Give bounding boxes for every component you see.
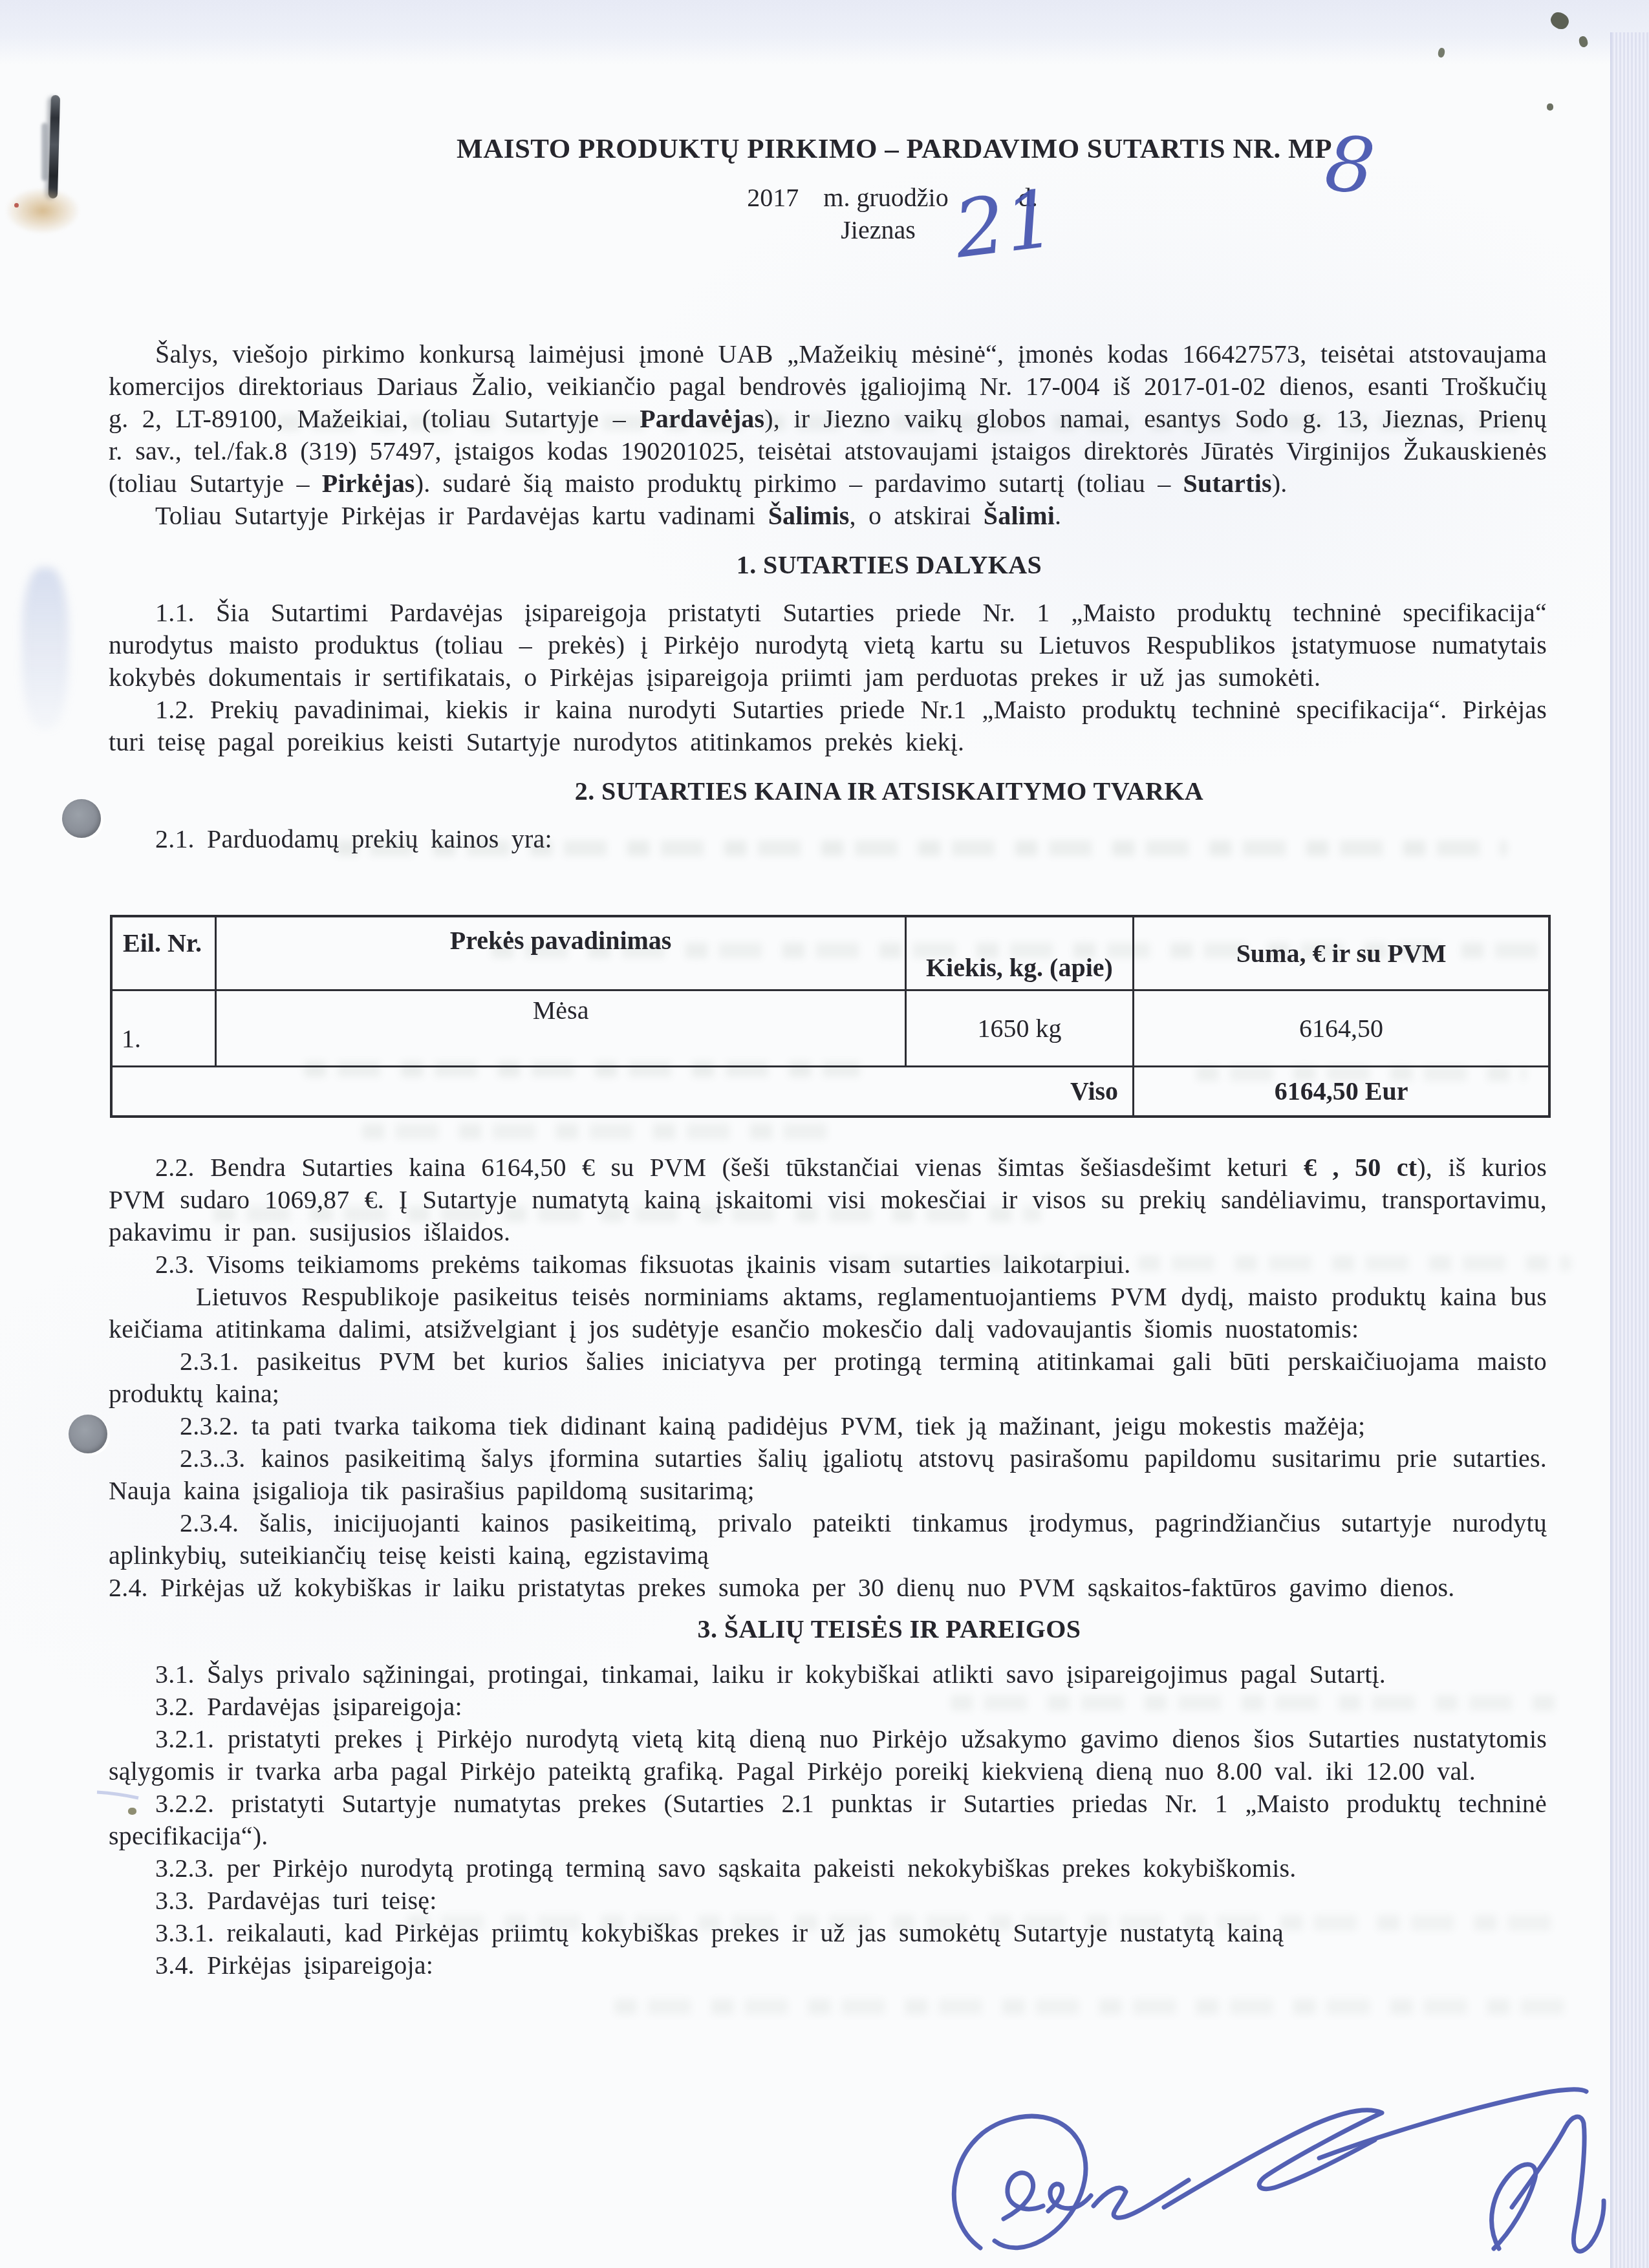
clause-2-1: 2.1. Parduodamų prekių kainos yra: [109, 823, 1547, 855]
clause-3-1: 3.1. Šalys privalo sąžiningai, protingai… [109, 1658, 1547, 1691]
col-header-nr: Eil. Nr. [111, 916, 216, 990]
cell-nr: 1. [111, 990, 216, 1066]
clause-2-3: 2.3. Visoms teikiamoms prekėms taikomas … [109, 1248, 1547, 1281]
clause-2-3-4: 2.3.4. šalis, inicijuojanti kainos pasik… [109, 1507, 1547, 1572]
hole-punch-top [62, 799, 101, 838]
col-header-sum: Suma, € ir su PVM [1134, 916, 1549, 990]
date-day-suffix: d. [1018, 183, 1038, 212]
clause-3-2: 3.2. Pardavėjas įsipareigoja: [109, 1691, 1547, 1723]
scanned-contract-page: MAISTO PRODUKTŲ PIRKIMO – PARDAVIMO SUTA… [0, 0, 1649, 2268]
col-header-name: Prekės pavadinimas [216, 916, 905, 990]
clause-2-4: 2.4. Pirkėjas už kokybiškas ir laiku pri… [109, 1572, 1547, 1604]
cell-sum: 6164,50 [1134, 990, 1549, 1066]
dirt-speck [1547, 103, 1553, 111]
clause-2-3-2: 2.3.2. ta pati tvarka taikoma tiek didin… [109, 1410, 1547, 1442]
blue-smear [22, 568, 69, 729]
place-line: Jieznas [159, 214, 1597, 246]
cell-qty: 1650 kg [905, 990, 1133, 1066]
scan-top-tint [0, 0, 1649, 65]
total-value: 6164,50 Eur [1134, 1066, 1549, 1117]
clause-2-2: 2.2. Bendra Sutarties kaina 6164,50 € su… [109, 1151, 1547, 1248]
date-line: 2017m. gruodžiod. [173, 182, 1611, 214]
scan-right-edge-band [1610, 32, 1649, 2268]
hole-punch-bottom [69, 1415, 107, 1453]
total-label: Viso [111, 1066, 1134, 1117]
clause-3-2-1: 3.2.1. pristatyti prekes į Pirkėjo nurod… [109, 1723, 1547, 1788]
contract-body: MAISTO PRODUKTŲ PIRKIMO – PARDAVIMO SUTA… [109, 133, 1547, 1982]
paper-smudge [5, 187, 80, 234]
clause-3-3-1: 3.3.1. reikalauti, kad Pirkėjas priimtų … [109, 1917, 1547, 1949]
signature-pirkejas [1492, 2117, 1604, 2251]
table-total-row: Viso 6164,50 Eur [111, 1066, 1549, 1117]
clause-1-2: 1.2. Prekių pavadinimai, kiekis ir kaina… [109, 694, 1547, 758]
col-header-qty: Kiekis, kg. (apie) [905, 916, 1133, 990]
date-year: 2017 [747, 183, 799, 212]
signature-pardavejas [954, 2090, 1586, 2248]
contract-title: MAISTO PRODUKTŲ PIRKIMO – PARDAVIMO SUTA… [175, 133, 1613, 166]
intro-paragraph-2: Toliau Sutartyje Pirkėjas ir Pardavėjas … [109, 500, 1547, 532]
clause-3-3: 3.3. Pardavėjas turi teisę: [109, 1885, 1547, 1917]
clause-3-4: 3.4. Pirkėjas įsipareigoja: [109, 1949, 1547, 1982]
clause-2-3-1: 2.3.1. pasikeitus PVM bet kurios šalies … [109, 1345, 1547, 1410]
section-1-heading: 1. SUTARTIES DALYKAS [170, 549, 1608, 581]
clause-3-2-3: 3.2.3. per Pirkėjo nurodytą protingą ter… [109, 1852, 1547, 1885]
table-row: 1. Mėsa 1650 kg 6164,50 [111, 990, 1549, 1066]
bleed-through-line [614, 1999, 1565, 2015]
red-speck [14, 203, 19, 208]
cell-name: Mėsa [216, 990, 905, 1066]
intro-paragraph: Šalys, viešojo pirkimo konkursą laimėjus… [109, 338, 1547, 500]
clause-3-2-2: 3.2.2. pristatyti Sutartyje numatytas pr… [109, 1788, 1547, 1852]
table-header-row: Eil. Nr. Prekės pavadinimas Kiekis, kg. … [111, 916, 1549, 990]
section-2-heading: 2. SUTARTIES KAINA IR ATSISKAITYMO TVARK… [170, 775, 1608, 808]
section-3-heading: 3. ŠALIŲ TEISĖS IR PAREIGOS [170, 1613, 1608, 1645]
staple-shadow [41, 123, 48, 181]
date-month: m. gruodžio [823, 183, 948, 212]
clause-2-3-3: 2.3..3. kainos pasikeitimą šalys įformin… [109, 1442, 1547, 1507]
clause-2-3-note: Lietuvos Respublikoje pasikeitus teisės … [109, 1281, 1547, 1345]
clause-1-1: 1.1. Šia Sutartimi Pardavėjas įsipareigo… [109, 597, 1547, 694]
price-table: Eil. Nr. Prekės pavadinimas Kiekis, kg. … [110, 915, 1551, 1118]
staple [48, 95, 60, 198]
